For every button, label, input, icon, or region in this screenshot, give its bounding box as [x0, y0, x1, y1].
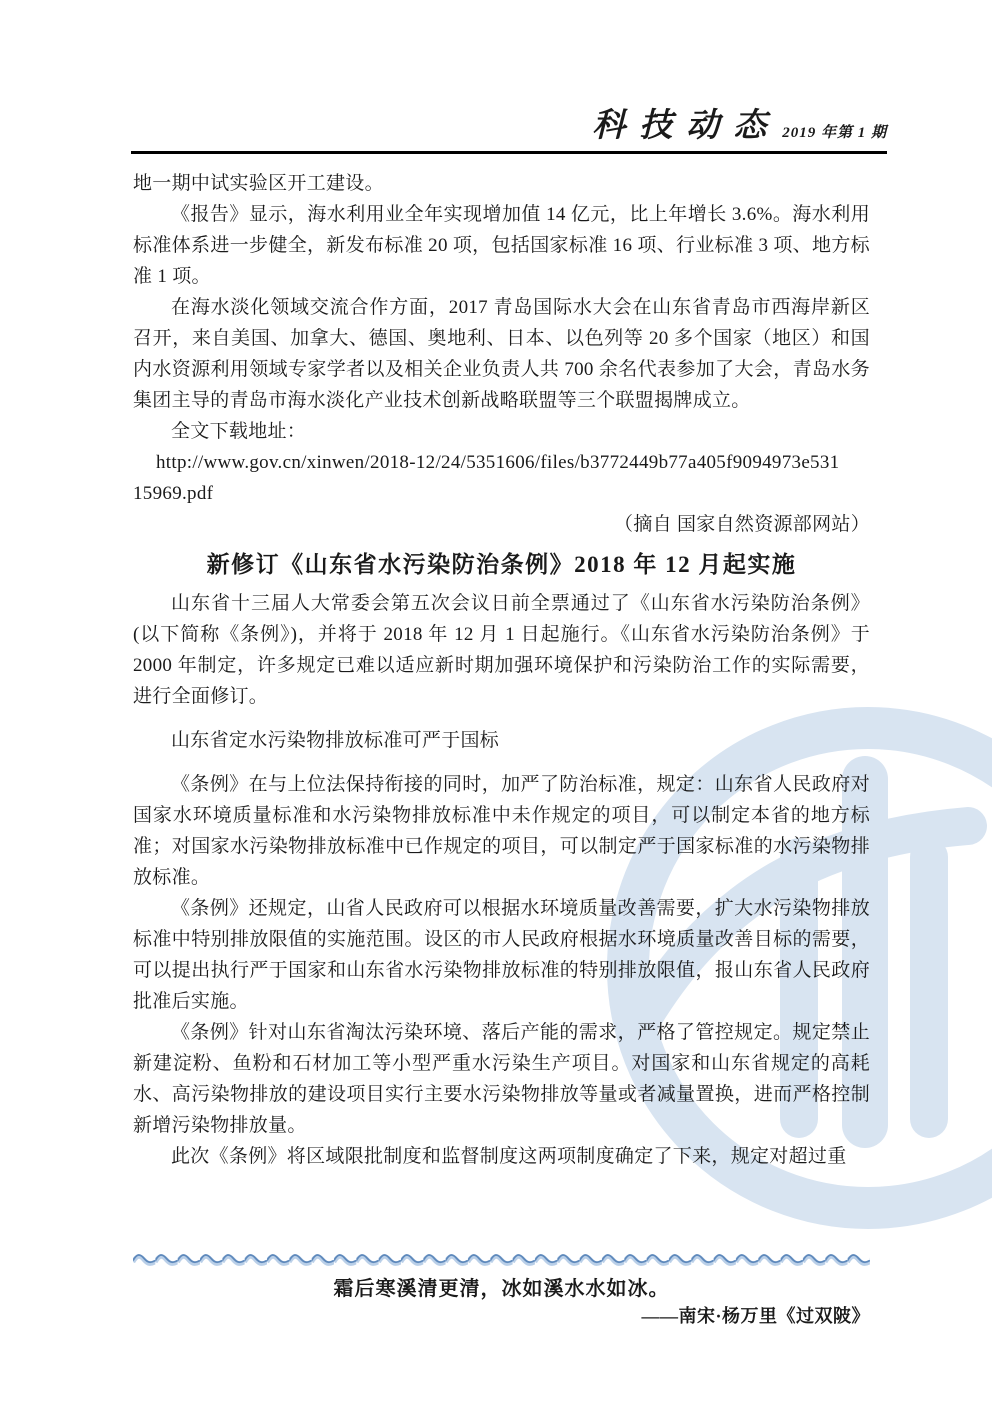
para-report: 《报告》显示，海水利用业全年实现增加值 14 亿元，比上年增长 3.6%。海水利… [133, 199, 870, 292]
article-title: 新修订《山东省水污染防治条例》2018 年 12 月起实施 [133, 548, 870, 582]
para-control: 《条例》针对山东省淘汰污染环境、落后产能的需求，严格了管控规定。规定禁止新建淀粉… [133, 1017, 870, 1141]
footer-poem-attribution: ——南宋·杨万里《过双陂》 [133, 1302, 870, 1328]
para-continuation: 地一期中试实验区开工建设。 [133, 168, 870, 199]
download-label: 全文下载地址： [133, 416, 870, 447]
para-cooperation: 在海水淡化领域交流合作方面，2017 青岛国际水大会在山东省青岛市西海岸新区召开… [133, 292, 870, 416]
download-url-line-1: http://www.gov.cn/xinwen/2018-12/24/5351… [133, 447, 870, 478]
source-attribution: （摘自 国家自然资源部网站） [133, 509, 870, 540]
section-subheading: 山东省定水污染物排放标准可严于国标 [133, 725, 870, 756]
issue-label: 2019 年第 1 期 [782, 126, 887, 141]
para-truncated: 此次《条例》将区域限批制度和监督制度这两项制度确定了下来，规定对超过重 [133, 1141, 870, 1172]
page-header: 科技动态 2019 年第 1 期 [131, 0, 887, 154]
article-body: 地一期中试实验区开工建设。 《报告》显示，海水利用业全年实现增加值 14 亿元，… [133, 168, 870, 1172]
document-page: 科技动态 2019 年第 1 期 地一期中试实验区开工建设。 《报告》显示，海水… [0, 0, 992, 1403]
para-standards: 《条例》在与上位法保持衔接的同时，加严了防治标准，规定：山东省人民政府对国家水环… [133, 769, 870, 893]
footer-poem-quote: 霜后寒溪清更清，冰如溪水水如冰。 [133, 1272, 870, 1301]
masthead-title: 科技动态 [592, 110, 780, 143]
para-intro: 山东省十三届人大常委会第五次会议日前全票通过了《山东省水污染防治条例》(以下简称… [133, 588, 870, 712]
download-url-line-2: 15969.pdf [133, 478, 870, 509]
wave-divider-icon [133, 1253, 870, 1266]
para-limits: 《条例》还规定，山省人民政府可以根据水环境质量改善需要，扩大水污染物排放标准中特… [133, 893, 870, 1017]
